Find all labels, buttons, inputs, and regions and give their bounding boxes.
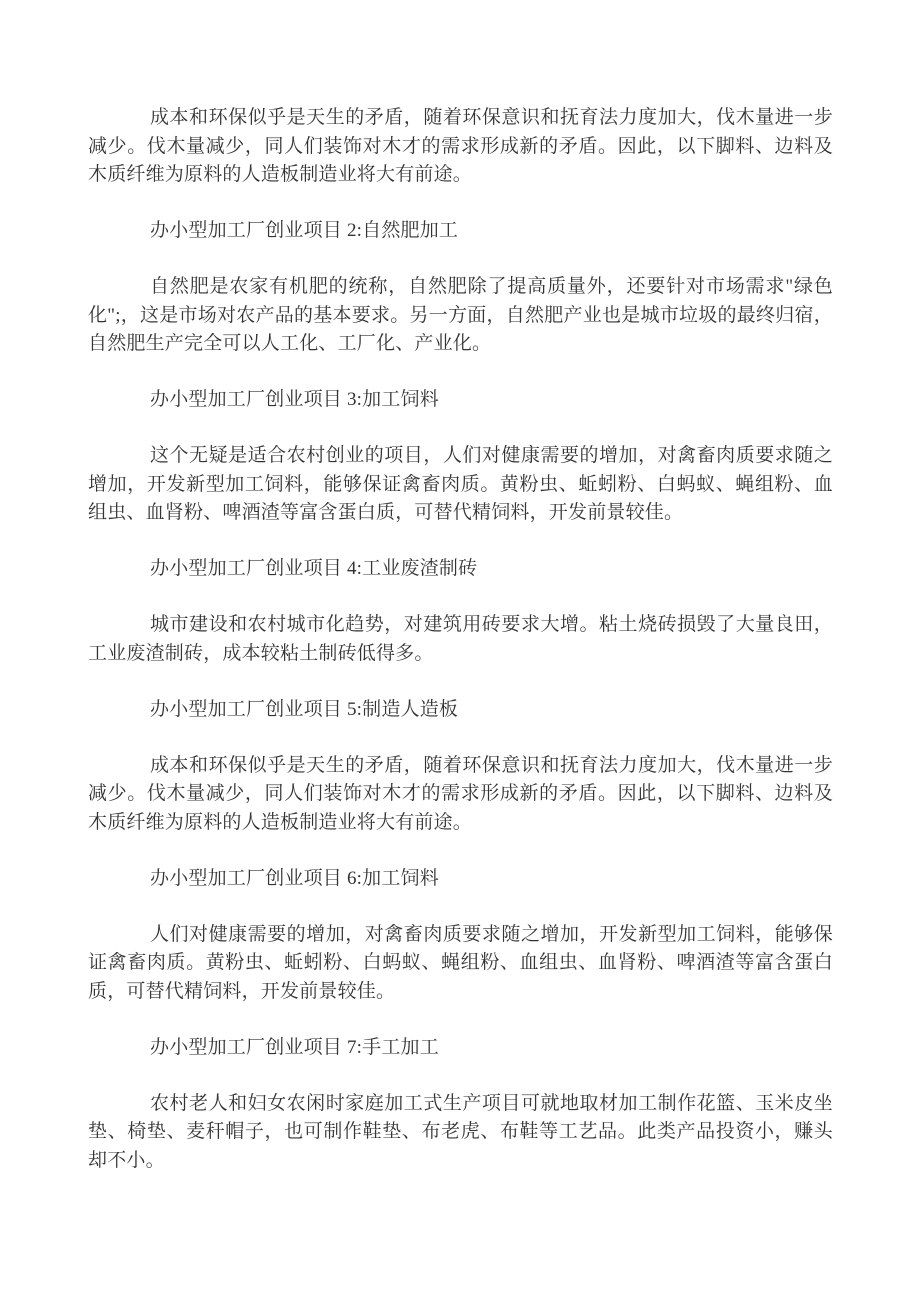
body-paragraph: 自然肥是农家有机肥的统称，自然肥除了提高质量外，还要针对市场需求"绿色化";，这… — [88, 273, 833, 359]
document-page: 成本和环保似乎是天生的矛盾，随着环保意识和抚育法力度加大，伐木量进一步减少。伐木… — [0, 0, 920, 1302]
section-heading: 办小型加工厂创业项目 4:工业废渣制砖 — [88, 555, 833, 584]
body-paragraph: 城市建设和农村城市化趋势，对建筑用砖要求大增。粘土烧砖损毁了大量良田，工业废渣制… — [88, 611, 833, 668]
section-heading: 办小型加工厂创业项目 7:手工加工 — [88, 1034, 833, 1063]
section-heading: 办小型加工厂创业项目 6:加工饲料 — [88, 865, 833, 894]
section-heading: 办小型加工厂创业项目 2:自然肥加工 — [88, 217, 833, 246]
body-paragraph: 成本和环保似乎是天生的矛盾，随着环保意识和抚育法力度加大，伐木量进一步减少。伐木… — [88, 752, 833, 838]
document-body: 成本和环保似乎是天生的矛盾，随着环保意识和抚育法力度加大，伐木量进一步减少。伐木… — [88, 104, 833, 1175]
body-paragraph: 农村老人和妇女农闲时家庭加工式生产项目可就地取材加工制作花篮、玉米皮坐垫、椅垫、… — [88, 1090, 833, 1176]
body-paragraph: 成本和环保似乎是天生的矛盾，随着环保意识和抚育法力度加大，伐木量进一步减少。伐木… — [88, 104, 833, 190]
section-heading: 办小型加工厂创业项目 3:加工饲料 — [88, 386, 833, 415]
body-paragraph: 这个无疑是适合农村创业的项目，人们对健康需要的增加，对禽畜肉质要求随之增加，开发… — [88, 442, 833, 528]
body-paragraph: 人们对健康需要的增加，对禽畜肉质要求随之增加，开发新型加工饲料，能够保证禽畜肉质… — [88, 921, 833, 1007]
section-heading: 办小型加工厂创业项目 5:制造人造板 — [88, 696, 833, 725]
